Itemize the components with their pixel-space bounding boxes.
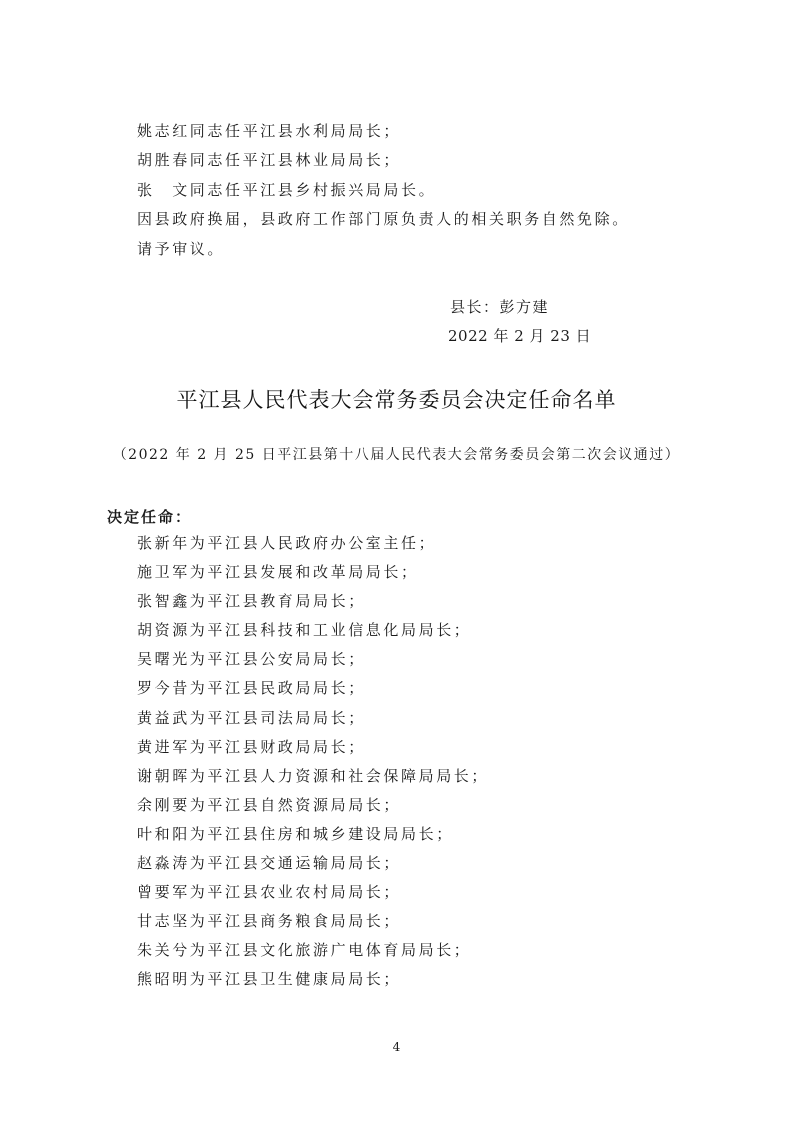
appointment-item: 赵淼涛为平江县交通运输局局长； [137,853,401,873]
page-number: 4 [0,1040,793,1054]
signature-date: 2022 年 2 月 23 日 [448,326,591,346]
page-title: 平江县人民代表大会常务委员会决定任命名单 [0,384,793,414]
preceding-item: 请予审议。 [137,239,225,259]
appointment-item: 黄进军为平江县财政局局长； [137,737,366,757]
appointment-item: 余刚要为平江县自然资源局局长； [137,795,401,815]
appointment-item: 熊昭明为平江县卫生健康局局长； [137,969,401,989]
appointment-item: 黄益武为平江县司法局局长； [137,708,366,728]
preceding-item: 因县政府换届，县政府工作部门原负责人的相关职务自然免除。 [137,209,630,229]
appointment-item: 谢朝晖为平江县人力资源和社会保障局局长； [137,766,489,786]
section-heading: 决定任命： [107,506,192,527]
preceding-item: 张 文同志任平江县乡村振兴局局长。 [137,180,436,200]
appointment-item: 张新年为平江县人民政府办公室主任； [137,533,436,553]
appointment-item: 罗今昔为平江县民政局局长； [137,678,366,698]
appointment-item: 张智鑫为平江县教育局局长； [137,591,366,611]
appointment-item: 朱关兮为平江县文化旅游广电体育局局长； [137,940,471,960]
appointment-item: 叶和阳为平江县住房和城乡建设局局长； [137,824,454,844]
appointment-item: 曾要军为平江县农业农村局局长； [137,882,401,902]
preceding-item: 胡胜春同志任平江县林业局局长； [137,150,401,170]
appointment-item: 胡资源为平江县科技和工业信息化局局长； [137,620,471,640]
appointment-item: 施卫军为平江县发展和改革局局长； [137,562,419,582]
appointment-item: 吴曙光为平江县公安局局长； [137,649,366,669]
preceding-item: 姚志红同志任平江县水利局局长； [137,121,401,141]
page-subtitle: （2022 年 2 月 25 日平江县第十八届人民代表大会常务委员会第二次会议通… [0,444,793,464]
appointment-item: 甘志坚为平江县商务粮食局局长； [137,911,401,931]
signature-signer: 县长：彭方建 [450,297,549,317]
